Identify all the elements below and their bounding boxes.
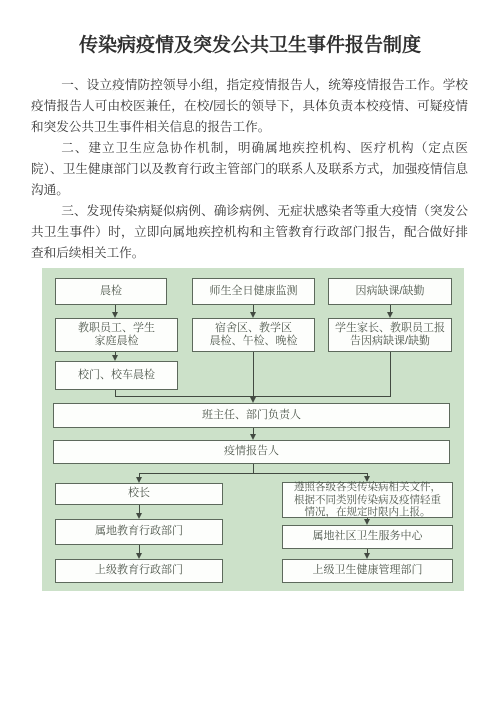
arrow-down-icon <box>136 477 142 483</box>
flow-node-upper-education-dept: 上级教育行政部门 <box>55 559 223 583</box>
flow-line <box>139 505 140 513</box>
flow-node-upper-health-dept: 上级卫生健康管理部门 <box>282 559 453 583</box>
flow-line <box>139 473 368 474</box>
flow-node-local-education-dept: 属地教育行政部门 <box>55 519 223 545</box>
flow-node-morning-check: 晨检 <box>55 278 167 305</box>
flow-node-campus-checks: 宿舍区、教学区 晨检、午检、晚检 <box>192 318 315 352</box>
arrow-down-icon <box>364 476 370 482</box>
paragraph-2: 二、建立卫生应急协作机制，明确属地疾控机构、医疗机构（定点医院）、卫生健康部门以… <box>31 138 468 201</box>
flowchart-panel: 晨检 师生全日健康监测 因病缺课/缺勤 教职员工、学生 家庭晨检 宿舍区、教学区… <box>42 268 464 591</box>
flow-node-sick-absence: 因病缺课/缺勤 <box>328 278 452 305</box>
flow-node-report-rule: 遵照各级各类传染病相关文件， 根据不同类别传染病及疫情轻重 情况，在规定时限内上… <box>282 482 453 518</box>
arrow-down-icon <box>136 553 142 559</box>
paragraph-1: 一、设立疫情防控领导小组，指定疫情报告人，统筹疫情报告工作。学校疫情报告人可由校… <box>31 75 468 138</box>
paragraph-3: 三、发现传染病疑似病例、确诊病例、无症状感染者等重大疫情（突发公共卫生事件）时，… <box>31 201 468 264</box>
page-title: 传染病疫情及突发公共卫生事件报告制度 <box>0 30 500 57</box>
flow-node-parent-staff-report: 学生家长、教职员工报 告因病缺课/缺勤 <box>328 318 452 352</box>
flow-node-epidemic-reporter: 疫情报告人 <box>53 440 450 464</box>
flow-node-daily-monitoring: 师生全日健康监测 <box>192 278 315 305</box>
flow-line <box>390 352 391 397</box>
arrow-down-icon <box>364 553 370 559</box>
flow-line <box>253 352 254 397</box>
flow-node-gate-bus-check: 校门、校车晨检 <box>55 361 178 390</box>
arrow-down-icon <box>250 434 256 440</box>
flow-node-community-health-center: 属地社区卫生服务中心 <box>282 525 453 549</box>
arrow-down-icon <box>364 519 370 525</box>
document-page: 传染病疫情及突发公共卫生事件报告制度 一、设立疫情防控领导小组，指定疫情报告人，… <box>0 0 500 707</box>
body-text: 一、设立疫情防控领导小组，指定疫情报告人，统筹疫情报告工作。学校疫情报告人可由校… <box>31 75 468 264</box>
arrow-down-icon <box>136 513 142 519</box>
arrow-down-icon <box>387 312 393 318</box>
flow-node-principal: 校长 <box>55 483 223 505</box>
flow-line <box>253 464 254 473</box>
flow-node-staff-family-check: 教职员工、学生 家庭晨检 <box>55 318 178 352</box>
flow-node-head-teacher: 班主任、部门负责人 <box>53 403 450 428</box>
arrow-down-icon <box>250 312 256 318</box>
arrow-down-icon <box>112 355 118 361</box>
arrow-down-icon <box>112 312 118 318</box>
flow-line <box>139 545 140 553</box>
arrow-down-icon <box>250 397 256 403</box>
